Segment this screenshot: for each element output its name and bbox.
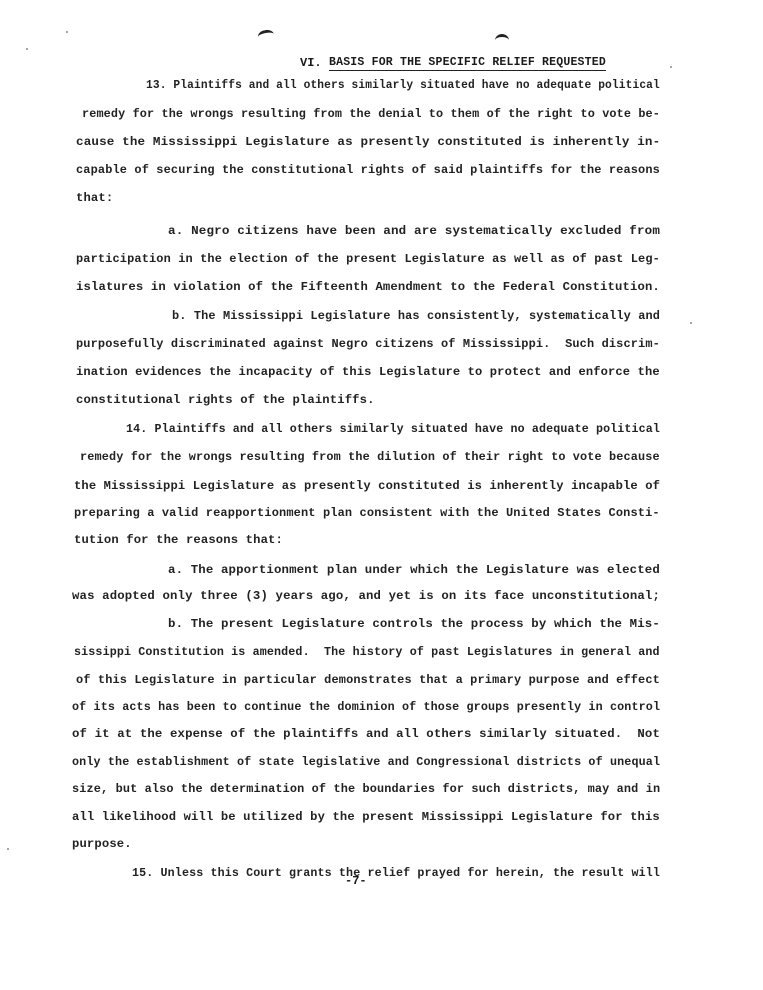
text-line: b. The Mississippi Legislature has consi…	[172, 309, 660, 323]
text-line: all likelihood will be utilized by the p…	[72, 810, 660, 824]
text-line: capable of securing the constitutional r…	[76, 163, 660, 177]
text-line: size, but also the determination of the …	[72, 782, 660, 796]
text-line: a. The apportionment plan under which th…	[168, 563, 660, 577]
text-line: 14. Plaintiffs and all others similarly …	[126, 422, 660, 436]
scan-speck	[670, 66, 672, 68]
text-line: constitutional rights of the plaintiffs.	[76, 393, 375, 407]
text-line: 15. Unless this Court grants the relief …	[132, 866, 660, 880]
punch-hole-mark-left	[257, 29, 275, 43]
text-line: cause the Mississippi Legislature as pre…	[76, 135, 660, 149]
section-title: BASIS FOR THE SPECIFIC RELIEF REQUESTED	[329, 56, 606, 71]
scan-speck	[690, 322, 692, 324]
scan-speck	[26, 48, 28, 50]
text-line: remedy for the wrongs resulting from the…	[82, 107, 660, 121]
text-line: of it at the expense of the plaintiffs a…	[72, 727, 660, 741]
scan-speck	[66, 31, 68, 33]
section-number: VI.	[300, 56, 322, 70]
text-line: 13. Plaintiffs and all others similarly …	[146, 78, 660, 92]
document-page: VI. BASIS FOR THE SPECIFIC RELIEF REQUES…	[0, 0, 763, 990]
text-line: sissippi Constitution is amended. The hi…	[74, 645, 660, 659]
text-line: b. The present Legislature controls the …	[168, 617, 660, 631]
text-line: a. Negro citizens have been and are syst…	[168, 224, 660, 238]
scan-speck	[7, 848, 9, 850]
page-number: -7-	[345, 874, 367, 888]
text-line: ination evidences the incapacity of this…	[76, 365, 660, 379]
text-line: tution for the reasons that:	[74, 533, 283, 547]
text-line: preparing a valid reapportionment plan c…	[74, 506, 660, 520]
text-line: the Mississippi Legislature as presently…	[74, 479, 660, 493]
text-line: remedy for the wrongs resulting from the…	[80, 450, 660, 464]
text-line: participation in the election of the pre…	[76, 252, 660, 266]
text-line: purposefully discriminated against Negro…	[76, 337, 660, 351]
text-line: of this Legislature in particular demons…	[76, 673, 660, 687]
text-line: of its acts has been to continue the dom…	[72, 700, 660, 714]
punch-hole-mark-right	[495, 34, 509, 47]
text-line: purpose.	[72, 837, 132, 851]
text-line: was adopted only three (3) years ago, an…	[72, 589, 660, 603]
text-line: islatures in violation of the Fifteenth …	[76, 280, 660, 294]
text-line: only the establishment of state legislat…	[72, 755, 660, 769]
text-line: that:	[76, 191, 113, 205]
